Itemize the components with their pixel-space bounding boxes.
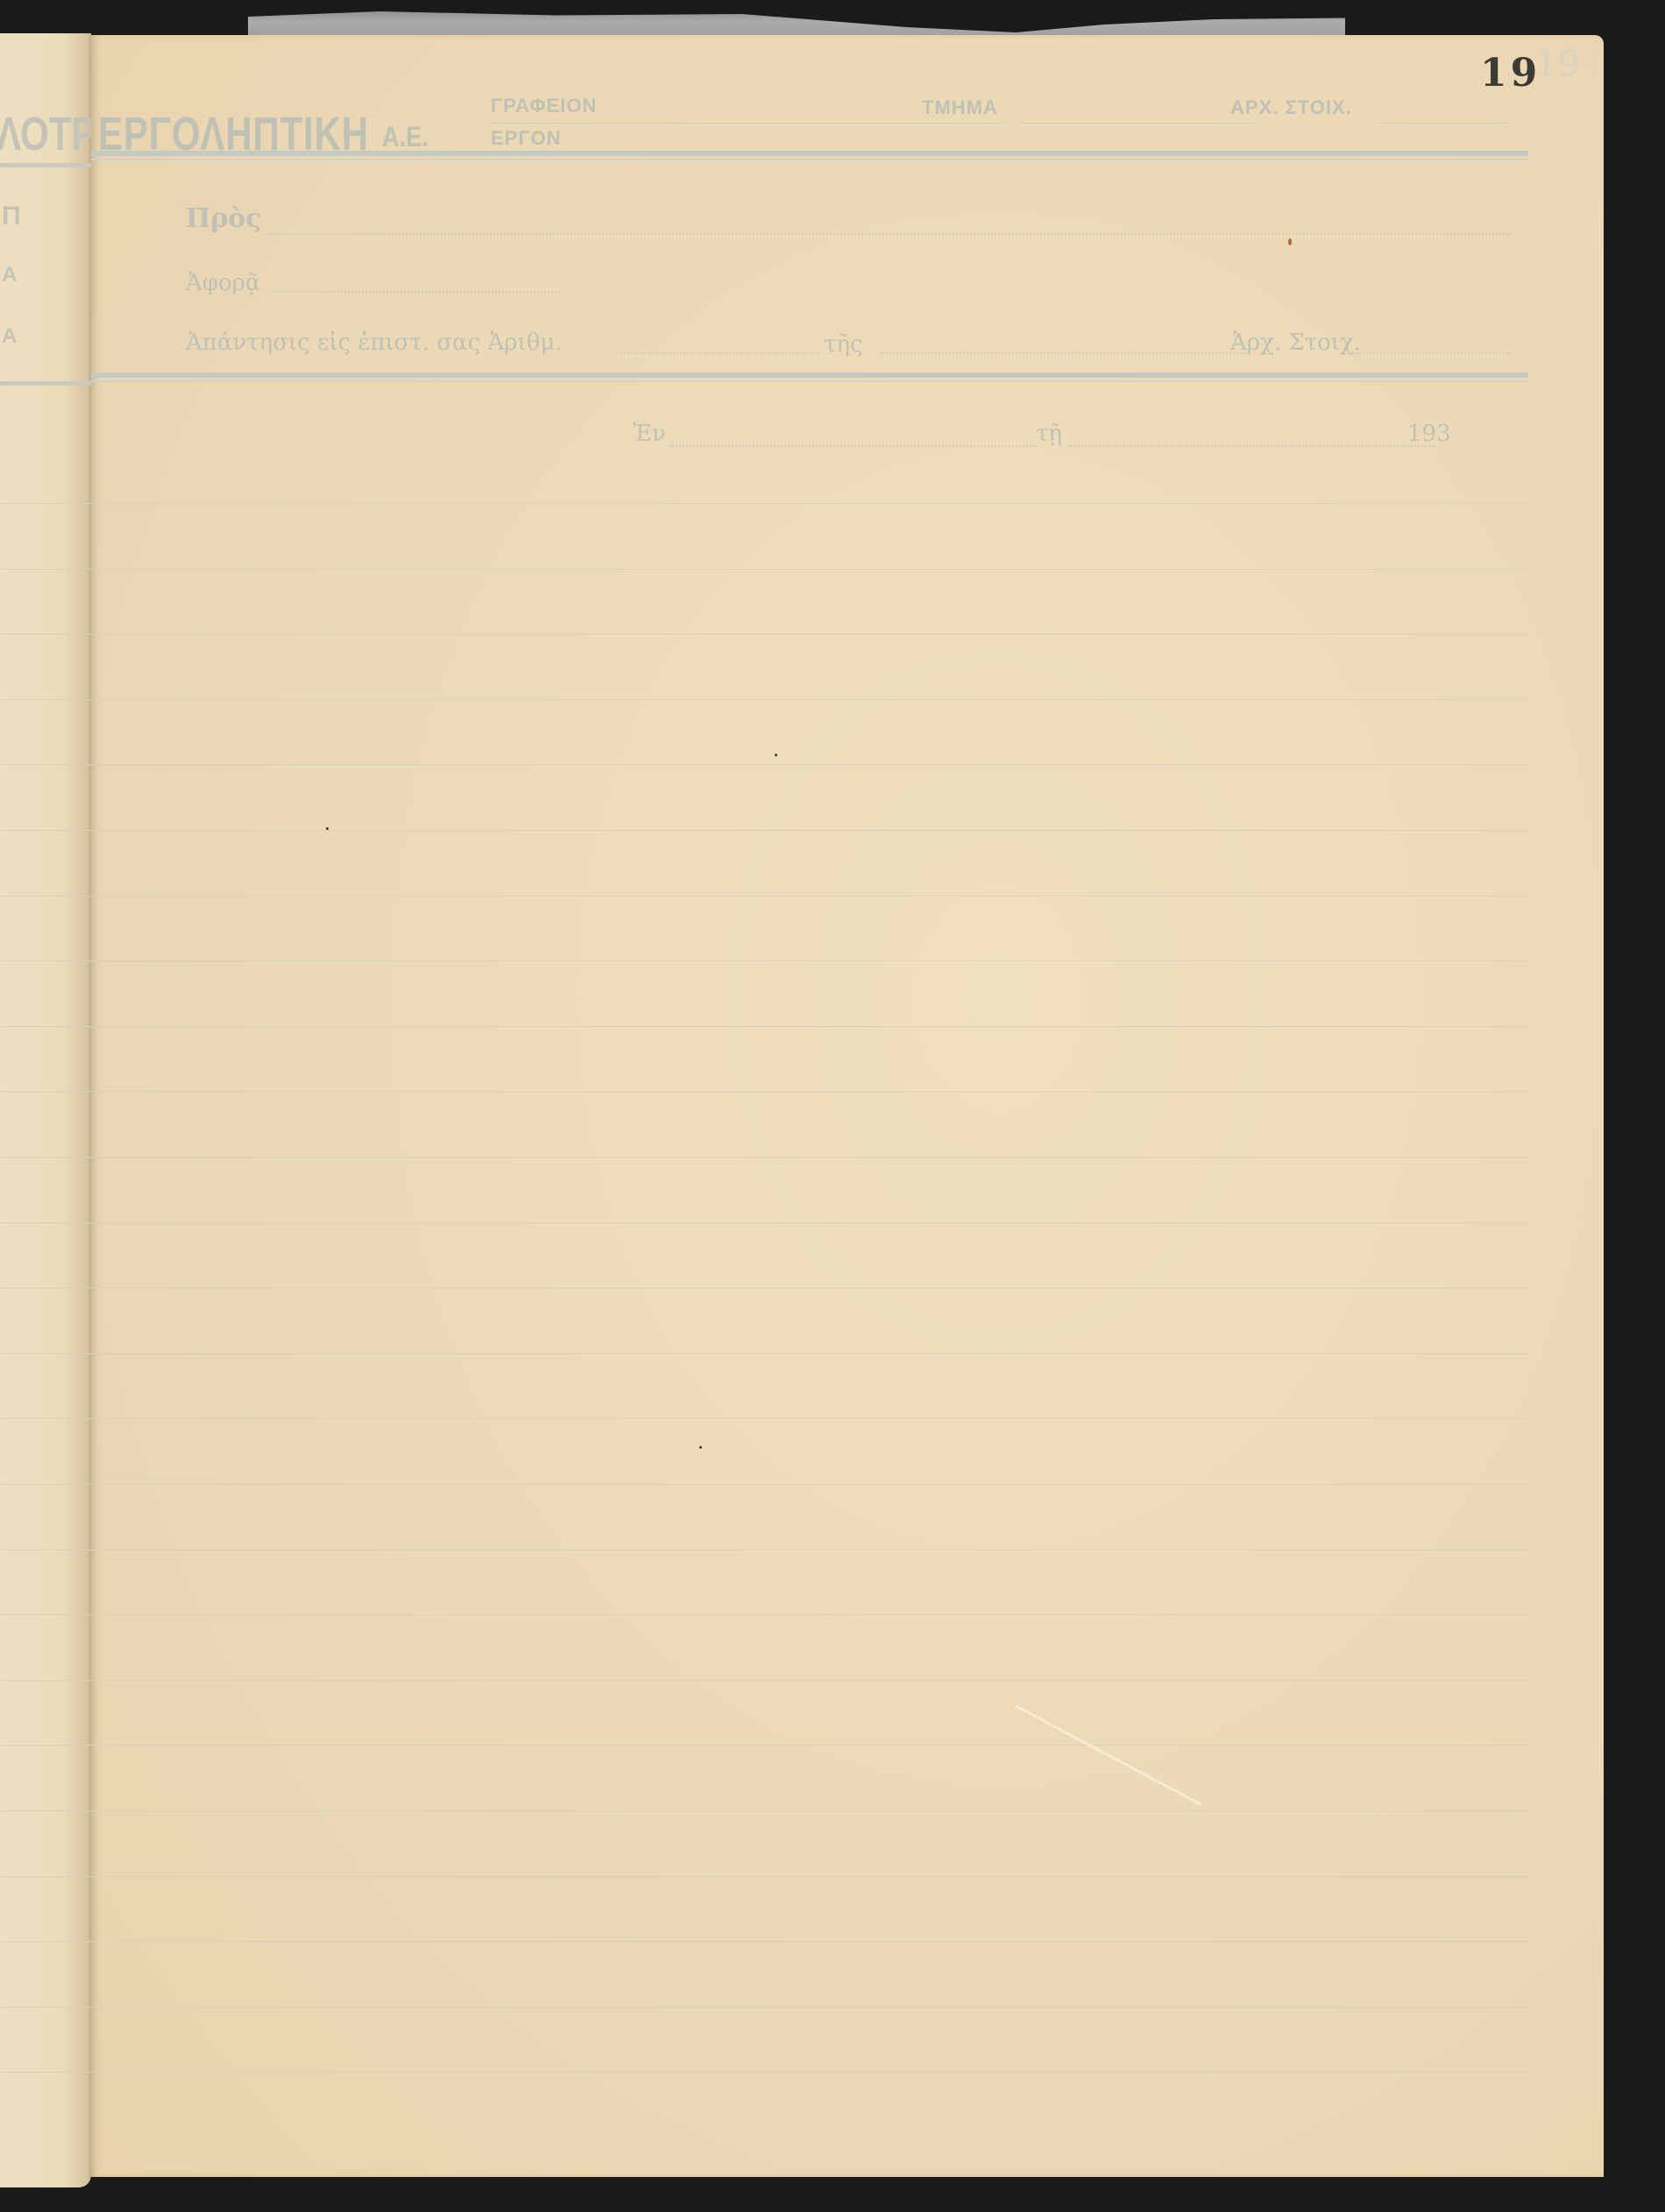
facing-ruled-line — [0, 1745, 91, 1746]
facing-ruled-line — [0, 699, 91, 700]
facing-ruled-line — [0, 569, 91, 570]
page-number: 19 — [1480, 51, 1541, 96]
facing-page-mark: Π — [2, 202, 21, 231]
ruled-line — [91, 1353, 1528, 1354]
facing-ruled-line — [0, 2072, 91, 2073]
facing-page-rule — [0, 381, 91, 386]
department-fill-line — [1020, 123, 1257, 124]
facing-ruled-line — [0, 1287, 91, 1288]
facing-ruled-line — [0, 1549, 91, 1550]
year-prefix: 193 — [1407, 421, 1451, 447]
paper-speck — [326, 827, 329, 830]
reply-label: Ἀπάντησις εἰς ἐπιστ. σας Ἀριθμ. — [186, 330, 563, 356]
facing-ruled-line — [0, 1157, 91, 1158]
ruled-line — [91, 699, 1528, 700]
ruled-line — [91, 896, 1528, 897]
facing-page-mark: Α — [2, 324, 17, 349]
ruled-line — [91, 961, 1528, 961]
facing-ruled-line — [0, 764, 91, 765]
form-rule — [91, 372, 1528, 383]
reply-date-field[interactable] — [880, 352, 1248, 354]
to-field[interactable] — [266, 233, 1511, 235]
subject-label: Ἀφορᾷ — [186, 270, 260, 296]
place-label: Ἐν — [633, 421, 666, 447]
of-date-label: τῆς — [824, 331, 863, 358]
ruled-line — [91, 503, 1528, 504]
place-field[interactable] — [670, 445, 1038, 447]
subject-field[interactable] — [271, 291, 560, 293]
letterhead-page: 19 19 ΕΡΓΟΛΗΠΤΙΚΗ Α.Ε. ΓΡΑΦΕΙΟΝ ΕΡΓΟΝ ΤΜ… — [91, 35, 1604, 2177]
letterhead-rule — [91, 151, 1528, 161]
facing-ruled-line — [0, 1484, 91, 1485]
ruled-line — [91, 1091, 1528, 1092]
facing-ruled-line — [0, 2007, 91, 2008]
facing-page-mark: Α — [2, 263, 17, 287]
ruled-line — [91, 1941, 1528, 1942]
facing-ruled-line — [0, 1680, 91, 1681]
facing-ruled-line — [0, 503, 91, 504]
file-ref-field[interactable] — [1353, 352, 1511, 354]
ruled-line — [91, 1287, 1528, 1288]
office-fill-line — [754, 123, 1008, 124]
facing-ruled-line — [0, 896, 91, 897]
ruled-line — [91, 634, 1528, 635]
adhesive-tape — [248, 11, 1345, 38]
ruled-line — [91, 2072, 1528, 2073]
to-label: Πρὸς — [186, 203, 262, 234]
paper-speck — [775, 754, 777, 756]
file-ref-label: Ἀρχ. Στοιχ. — [1230, 330, 1361, 356]
facing-ruled-line — [0, 961, 91, 961]
facing-ruled-line — [0, 634, 91, 635]
company-suffix: Α.Ε. — [382, 121, 429, 153]
facing-page-letterhead-fragment: ΛΟΤΡ — [0, 107, 91, 161]
facing-ruled-line — [0, 1876, 91, 1877]
department-label: ΤΜΗΜΑ — [922, 96, 998, 119]
ruled-line — [91, 1811, 1528, 1811]
facing-ruled-line — [0, 1941, 91, 1942]
office-label-top: ΓΡΑΦΕΙΟΝ — [491, 95, 597, 117]
ruled-line — [91, 1680, 1528, 1681]
day-label: τῇ — [1036, 421, 1062, 447]
ruled-line — [91, 2007, 1528, 2008]
ghost-page-number: 19 — [1535, 44, 1580, 84]
facing-ruled-line — [0, 1353, 91, 1354]
paper-speck — [1288, 238, 1292, 245]
facing-page-rule — [0, 163, 91, 167]
ruled-line — [91, 764, 1528, 765]
facing-ruled-line — [0, 1223, 91, 1223]
facing-ruled-line — [0, 1614, 91, 1615]
ruled-line — [91, 1549, 1528, 1550]
office-divider — [491, 123, 754, 124]
facing-page-edge: ΛΟΤΡ Π Α Α — [0, 33, 91, 2187]
facing-ruled-line — [0, 1026, 91, 1027]
facing-ruled-line — [0, 1418, 91, 1419]
file-ref-header-label: ΑΡΧ. ΣΤΟΙΧ. — [1230, 96, 1352, 119]
facing-ruled-line — [0, 1091, 91, 1092]
ruled-line — [91, 1484, 1528, 1485]
ruled-line — [91, 1876, 1528, 1877]
ruled-line — [91, 830, 1528, 831]
ruled-line — [91, 569, 1528, 570]
paper-crease — [1015, 1705, 1201, 1805]
day-field[interactable] — [1068, 445, 1436, 447]
ruled-line — [91, 1418, 1528, 1419]
ruled-line — [91, 1157, 1528, 1158]
office-label-bottom: ΕΡΓΟΝ — [491, 127, 562, 150]
facing-ruled-line — [0, 830, 91, 831]
ruled-line — [91, 1223, 1528, 1223]
ruled-line — [91, 1745, 1528, 1746]
reply-number-field[interactable] — [617, 352, 818, 354]
ruled-line — [91, 1026, 1528, 1027]
file-ref-fill-line — [1379, 123, 1511, 124]
paper-speck — [699, 1446, 702, 1449]
ruled-line — [91, 1614, 1528, 1615]
facing-ruled-line — [0, 1811, 91, 1811]
